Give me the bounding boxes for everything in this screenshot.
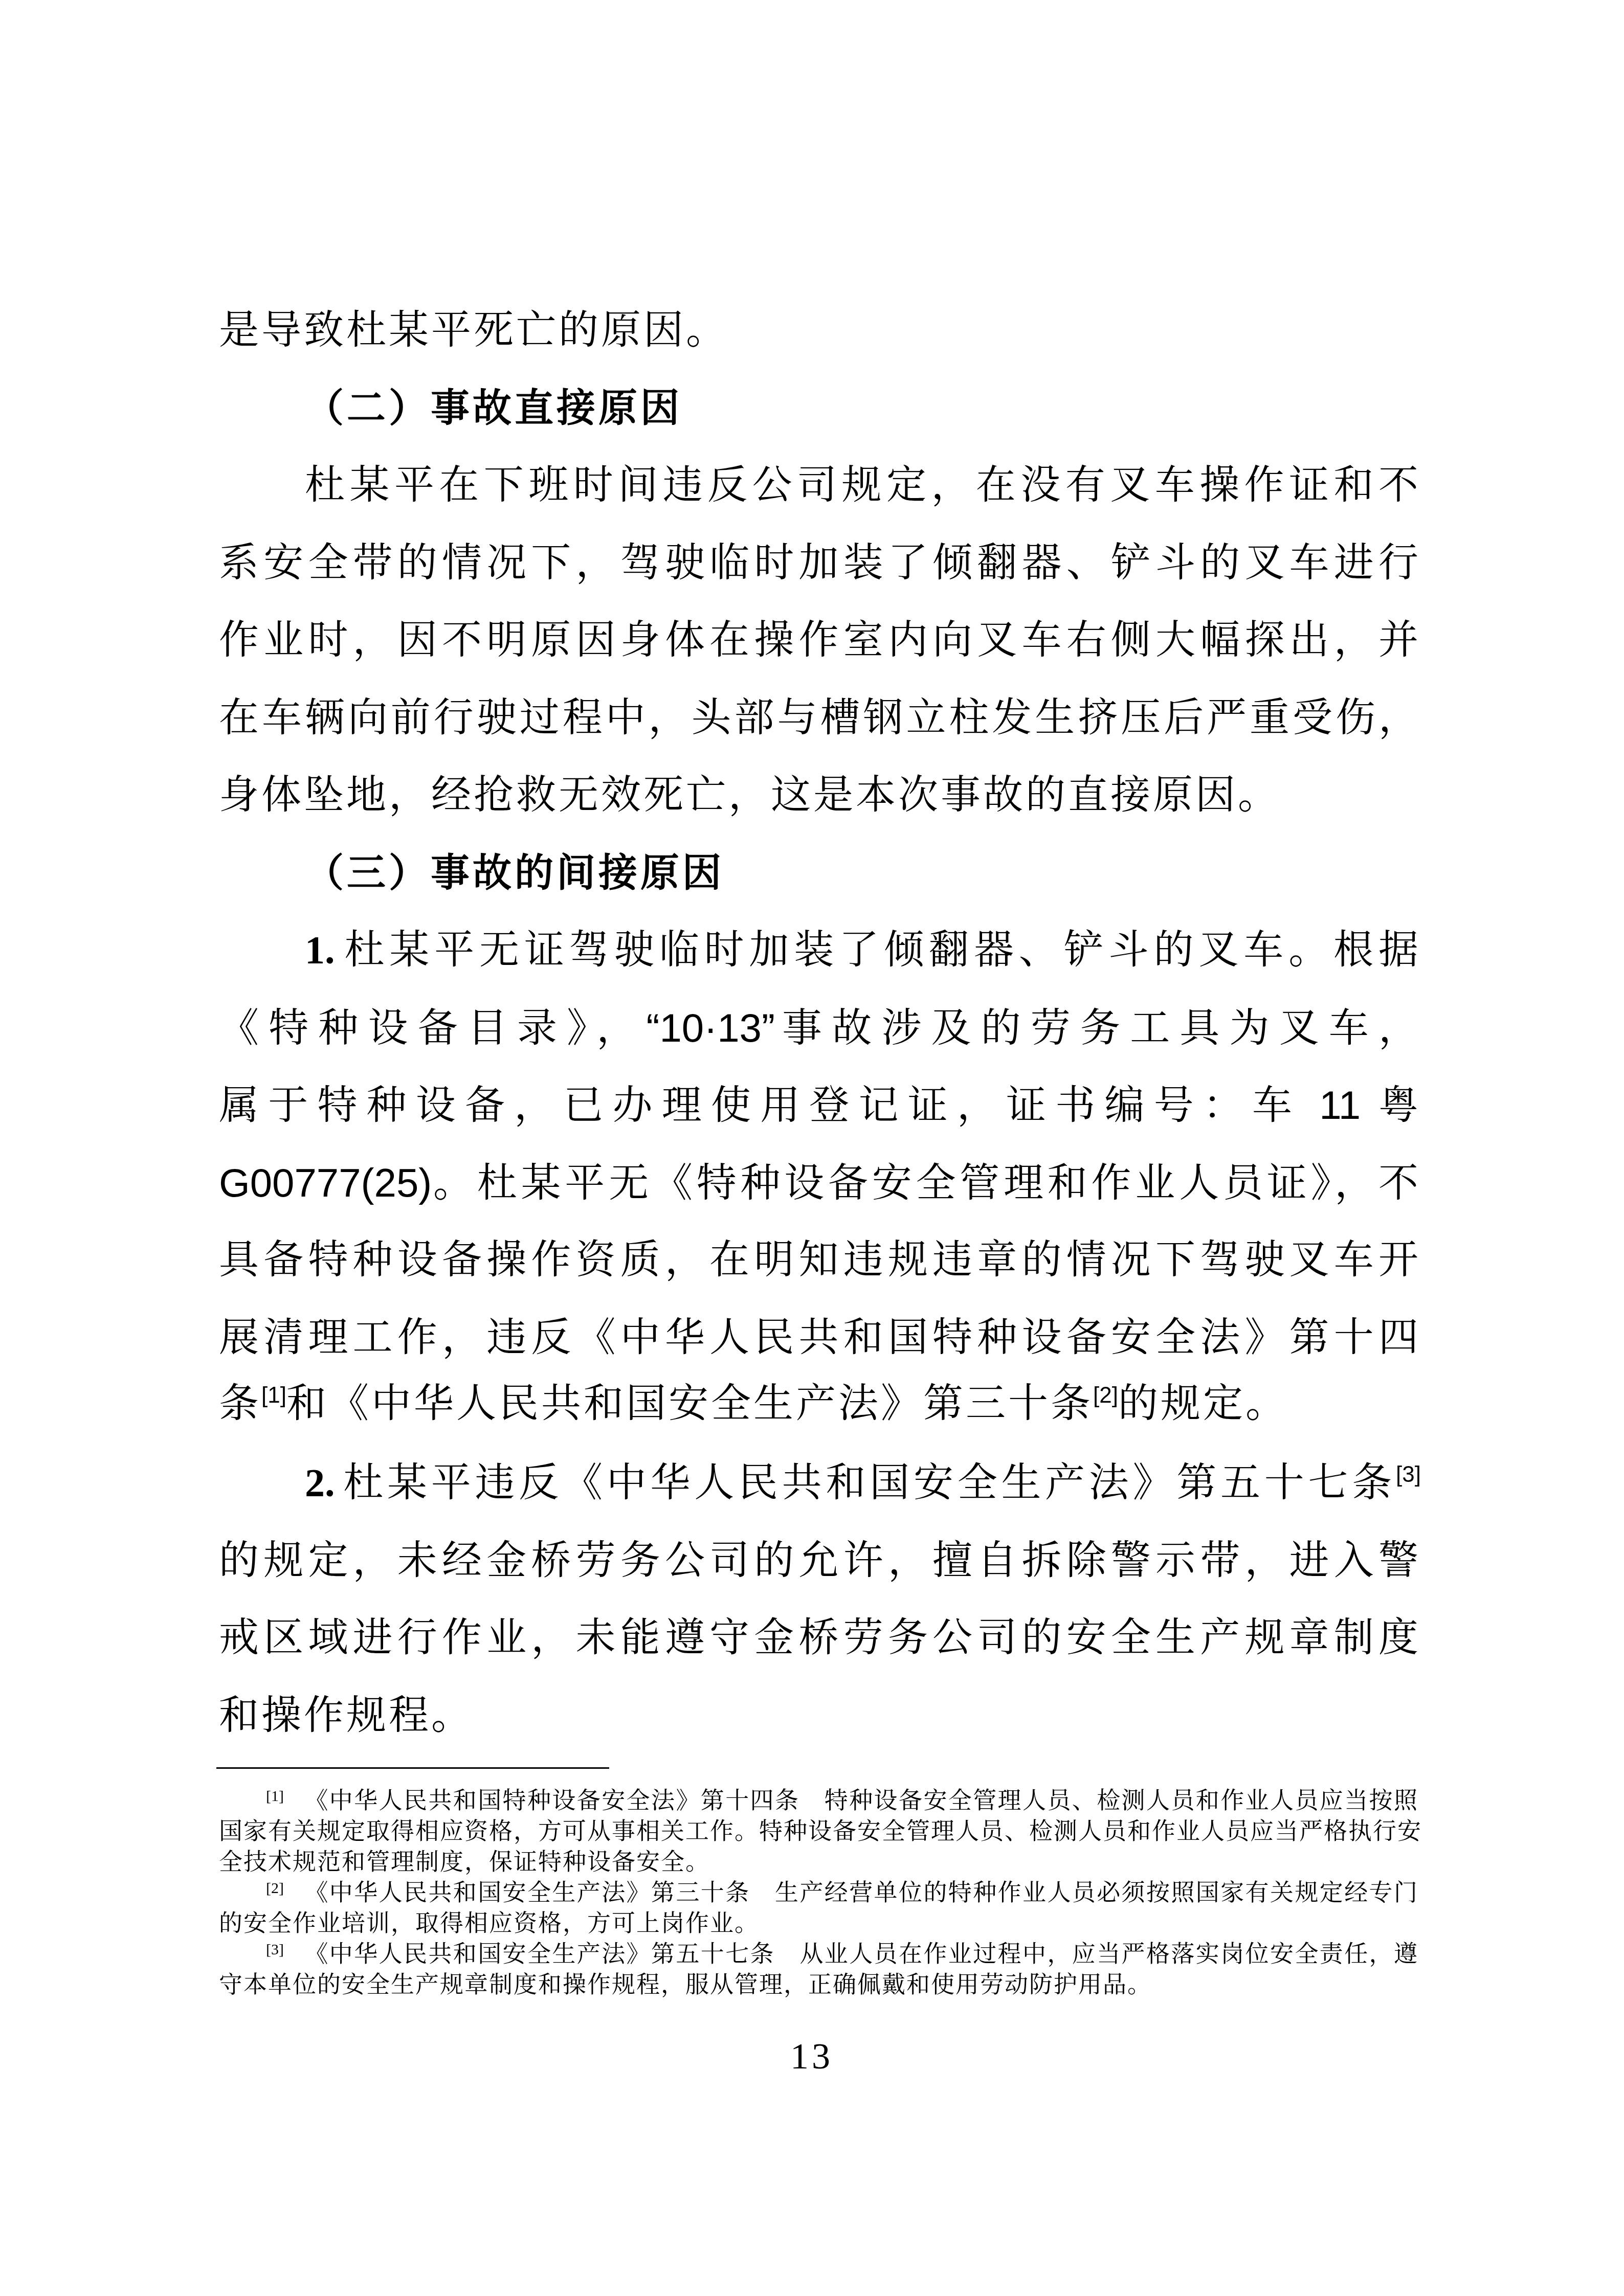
- footnote-ref-2[interactable]: [2]: [1093, 1383, 1118, 1408]
- body-text: 事故涉及的劳务工具为叉车，: [775, 1005, 1421, 1051]
- page-number: 13: [786, 2038, 837, 2075]
- footnote-1: [1]《中华人民共和国特种设备安全法》第十四条 特种设备安全管理人员、检测人员和…: [266, 1785, 1418, 1815]
- body-line: 展清理工作，违反《中华人民共和国特种设备安全法》第十四: [219, 1312, 1421, 1363]
- footnote-text: 《中华人民共和国特种设备安全法》第十四条 特种设备安全管理人员、检测人员和作业人…: [304, 1786, 1418, 1814]
- document-page: 是导致杜某平死亡的原因。 （二）事故直接原因 杜某平在下班时间违反公司规定，在没…: [0, 0, 1624, 2296]
- body-line: 作业时，因不明原因身体在操作室内向叉车右侧大幅探出，并: [219, 615, 1421, 666]
- footnote-3-line: 守本单位的安全生产规章制度和操作规程，服从管理，正确佩戴和使用劳动防护用品。: [219, 1969, 1418, 1999]
- list-item-1-line: 1.杜某平无证驾驶临时加装了倾翻器、铲斗的叉车。根据: [305, 925, 1421, 976]
- certificate-number-part: G00777(25): [219, 1160, 432, 1205]
- certificate-number-part: 11: [1301, 1083, 1378, 1128]
- body-line: 的规定，未经金桥劳务公司的允许，擅自拆除警示带，进入警: [219, 1535, 1421, 1586]
- body-text: 杜某平无证驾驶临时加装了倾翻器、铲斗的叉车。根据: [342, 927, 1421, 973]
- list-number: 2.: [305, 1460, 335, 1505]
- body-text: 粤: [1378, 1083, 1421, 1129]
- body-line: 身体坠地，经抢救无效死亡，这是本次事故的直接原因。: [219, 770, 1421, 821]
- footnote-2-line: 的安全作业培训，取得相应资格，方可上岗作业。: [219, 1907, 1418, 1938]
- body-line: 《特种设备目录》，“10·13”事故涉及的劳务工具为叉车，: [219, 1002, 1421, 1053]
- body-line: 系安全带的情况下，驾驶临时加装了倾翻器、铲斗的叉车进行: [219, 537, 1421, 589]
- body-text: 和《中华人民共和国安全生产法》第三十条: [286, 1381, 1093, 1427]
- body-line: 戒区域进行作业，未能遵守金桥劳务公司的安全生产规章制度: [219, 1612, 1421, 1663]
- footnote-mark: [2]: [266, 1880, 284, 1897]
- body-line: 是导致杜某平死亡的原因。: [219, 305, 1421, 356]
- body-line: 具备特种设备操作资质，在明知违规违章的情况下驾驶叉车开: [219, 1234, 1421, 1286]
- body-line: G00777(25)。杜某平无《特种设备安全管理和作业人员证》，不: [219, 1157, 1421, 1208]
- footnote-text: 《中华人民共和国安全生产法》第五十七条 从业人员在作业过程中，应当严格落实岗位安…: [304, 1940, 1418, 1967]
- footnote-text: 《中华人民共和国安全生产法》第三十条 生产经营单位的特种作业人员必须按照国家有关…: [304, 1878, 1418, 1906]
- body-line: 在车辆向前行驶过程中，头部与槽钢立柱发生挤压后严重受伤，: [219, 692, 1421, 744]
- body-text: 属于特种设备，已办理使用登记证，证书编号：车: [219, 1083, 1301, 1129]
- body-text: 。杜某平无《特种设备安全管理和作业人员证》，不: [432, 1160, 1421, 1206]
- footnote-2: [2]《中华人民共和国安全生产法》第三十条 生产经营单位的特种作业人员必须按照国…: [266, 1877, 1418, 1907]
- body-text: 的规定。: [1118, 1381, 1288, 1427]
- footnote-1-line: 全技术规范和管理制度，保证特种设备安全。: [219, 1846, 1418, 1877]
- incident-code: “10·13”: [646, 1005, 774, 1050]
- footnote-3: [3]《中华人民共和国安全生产法》第五十七条 从业人员在作业过程中，应当严格落实…: [266, 1938, 1418, 1969]
- footnote-mark: [3]: [266, 1941, 284, 1958]
- body-text: 《特种设备目录》，: [219, 1005, 646, 1051]
- body-line: 和操作规程。: [219, 1690, 1421, 1741]
- section-heading-indirect-cause: （三）事故的间接原因: [305, 847, 724, 898]
- footnote-ref-3[interactable]: [3]: [1396, 1462, 1421, 1487]
- list-number: 1.: [305, 928, 335, 972]
- footnote-1-line: 国家有关规定取得相应资格，方可从事相关工作。特种设备安全管理人员、检测人员和作业…: [219, 1815, 1418, 1846]
- footnote-ref-1[interactable]: [1]: [261, 1383, 286, 1408]
- footnote-mark: [1]: [266, 1788, 284, 1805]
- list-item-2-line: 2.杜某平违反《中华人民共和国安全生产法》第五十七条[3]: [305, 1457, 1421, 1509]
- body-line: 条[1]和《中华人民共和国安全生产法》第三十条[2]的规定。: [219, 1378, 1421, 1429]
- body-text: 条: [219, 1381, 261, 1427]
- body-text: 杜某平违反《中华人民共和国安全生产法》第五十七条: [342, 1460, 1396, 1506]
- footnote-separator: [216, 1767, 609, 1769]
- section-heading-direct-cause: （二）事故直接原因: [305, 382, 682, 434]
- body-line: 杜某平在下班时间违反公司规定，在没有叉车操作证和不: [305, 460, 1421, 511]
- body-line: 属于特种设备，已办理使用登记证，证书编号：车 11 粤: [219, 1079, 1421, 1131]
